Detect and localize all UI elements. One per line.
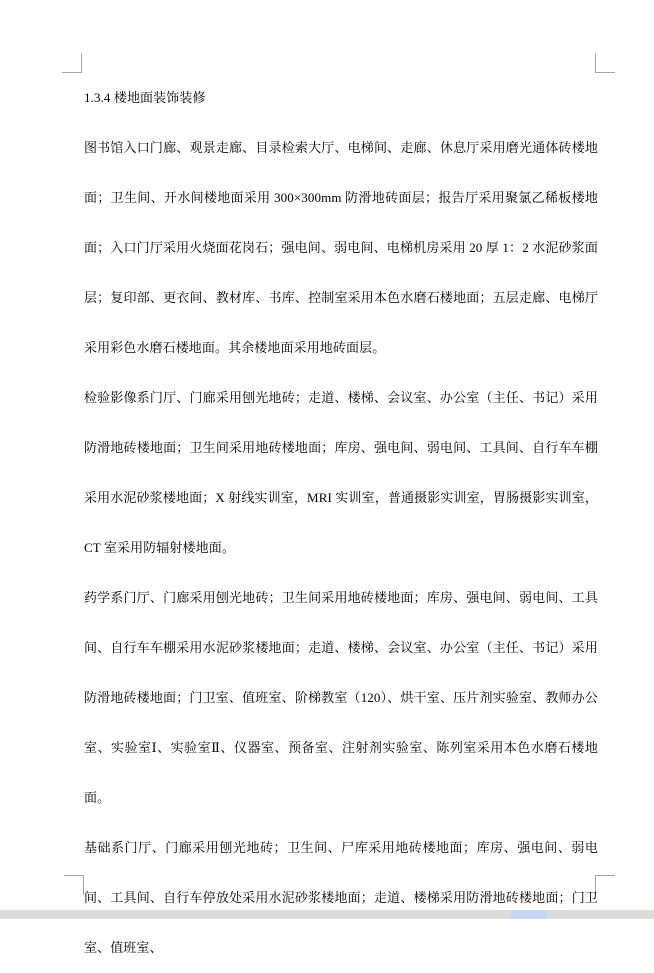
horizontal-scrollbar-thumb[interactable] bbox=[511, 910, 547, 919]
horizontal-scrollbar[interactable] bbox=[0, 910, 654, 919]
margin-crop-mark-top-left bbox=[62, 53, 82, 73]
margin-crop-mark-top-right bbox=[595, 53, 615, 73]
section-heading: 1.3.4 楼地面装饰装修 bbox=[84, 73, 598, 123]
document-body: 1.3.4 楼地面装饰装修 图书馆入口门廊、观景走廊、目录检索大厅、电梯间、走廊… bbox=[84, 73, 598, 919]
paragraph-floor-finishes-library: 图书馆入口门廊、观景走廊、目录检索大厅、电梯间、走廊、休息厅采用磨光通体砖楼地面… bbox=[84, 123, 598, 373]
paragraph-floor-finishes-pharmacy-dept: 药学系门厅、门廊采用刨光地砖；卫生间采用地砖楼地面；库房、强电间、弱电间、工具间… bbox=[84, 573, 598, 823]
margin-crop-mark-bottom-left bbox=[64, 875, 84, 895]
paragraph-floor-finishes-basic-dept: 基础系门厅、门廊采用刨光地砖；卫生间、尸库采用地砖楼地面；库房、强电间、弱电间、… bbox=[84, 823, 598, 919]
paragraph-floor-finishes-imaging-dept: 检验影像系门厅、门廊采用刨光地砖；走道、楼梯、会议室、办公室（主任、书记）采用防… bbox=[84, 373, 598, 573]
document-page: 1.3.4 楼地面装饰装修 图书馆入口门廊、观景走廊、目录检索大厅、电梯间、走廊… bbox=[0, 0, 654, 910]
margin-crop-mark-bottom-right bbox=[595, 875, 615, 895]
